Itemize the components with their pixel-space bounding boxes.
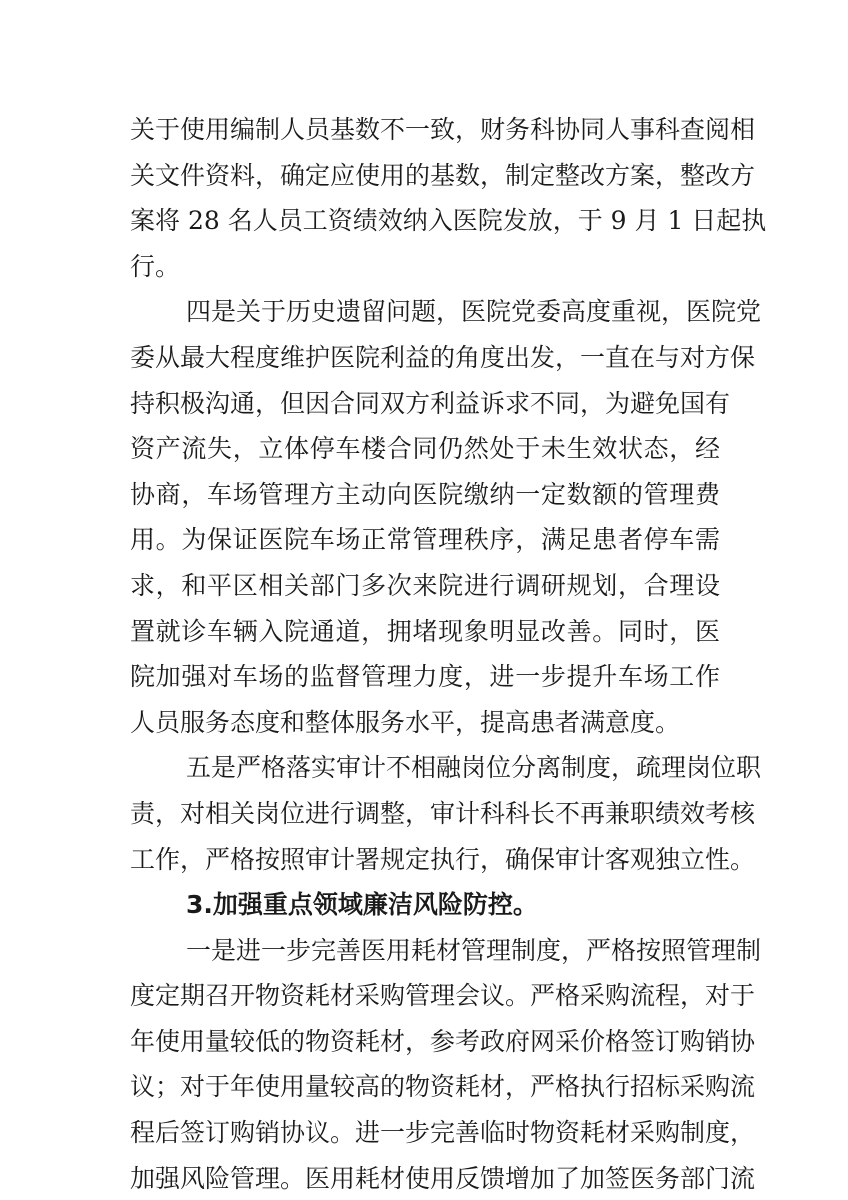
- text-line: 求，和平区相关部门多次来院进行调研规划，合理设: [130, 568, 720, 614]
- text-line: 协商，车场管理方主动向医院缴纳一定数额的管理费: [130, 477, 720, 523]
- paragraph-start-line: 四是关于历史遗留问题，医院党委高度重视，医院党: [130, 294, 720, 340]
- text-line: 关于使用编制人员基数不一致，财务科协同人事科查阅相: [130, 112, 720, 158]
- text-line: 案将 28 名人员工资绩效纳入医院发放，于 9 月 1 日起执: [130, 203, 720, 249]
- paragraph-start-line: 一是进一步完善医用耗材管理制度，严格按照管理制: [130, 933, 720, 979]
- text-line: 关文件资料，确定应使用的基数，制定整改方案，整改方: [130, 158, 720, 204]
- document-page: 关于使用编制人员基数不一致，财务科协同人事科查阅相 关文件资料，确定应使用的基数…: [0, 0, 848, 1200]
- text-line: 持积极沟通，但因合同双方利益诉求不同，为避免国有: [130, 386, 720, 432]
- text-line: 工作，严格按照审计署规定执行，确保审计客观独立性。: [130, 842, 720, 888]
- text-line: 行。: [130, 249, 720, 295]
- paragraph-start-line: 五是严格落实审计不相融岗位分离制度，疏理岗位职: [130, 750, 720, 796]
- text-line: 院加强对车场的监督管理力度，进一步提升车场工作: [130, 659, 720, 705]
- text-line: 责，对相关岗位进行调整，审计科科长不再兼职绩效考核: [130, 796, 720, 842]
- text-line: 加强风险管理。医用耗材使用反馈增加了加签医务部门流: [130, 1161, 720, 1200]
- text-line: 议；对于年使用量较高的物资耗材，严格执行招标采购流: [130, 1069, 720, 1115]
- document-body: 关于使用编制人员基数不一致，财务科协同人事科查阅相 关文件资料，确定应使用的基数…: [130, 112, 720, 1200]
- text-line: 程后签订购销协议。进一步完善临时物资耗材采购制度，: [130, 1115, 720, 1161]
- text-line: 度定期召开物资耗材采购管理会议。严格采购流程，对于: [130, 978, 720, 1024]
- text-line: 年使用量较低的物资耗材，参考政府网采价格签订购销协: [130, 1024, 720, 1070]
- text-line: 用。为保证医院车场正常管理秩序，满足患者停车需: [130, 522, 720, 568]
- text-line: 人员服务态度和整体服务水平，提高患者满意度。: [130, 705, 720, 751]
- text-line: 资产流失，立体停车楼合同仍然处于未生效状态，经: [130, 431, 720, 477]
- text-line: 置就诊车辆入院通道，拥堵现象明显改善。同时，医: [130, 614, 720, 660]
- section-heading: 3.加强重点领域廉洁风险防控。: [130, 887, 720, 933]
- text-line: 委从最大程度维护医院利益的角度出发，一直在与对方保: [130, 340, 720, 386]
